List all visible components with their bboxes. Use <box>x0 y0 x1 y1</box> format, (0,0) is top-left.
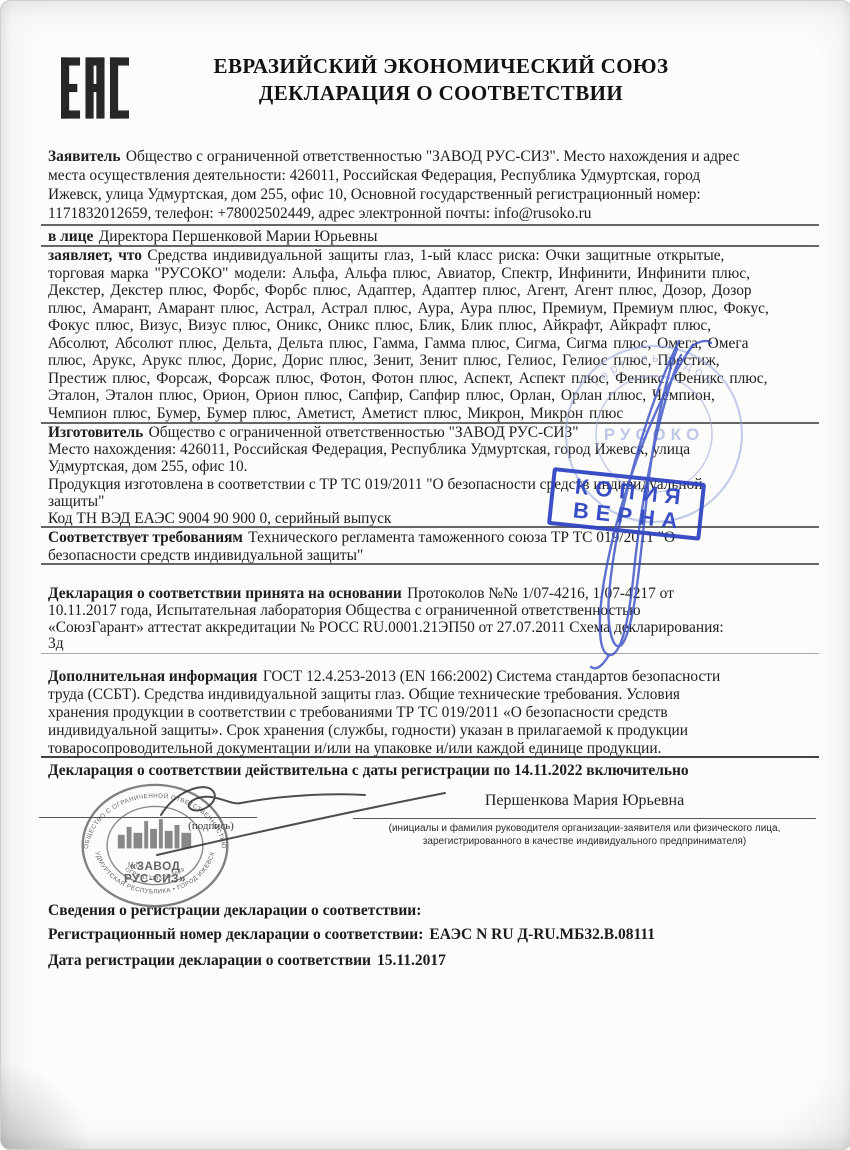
compliance-label: Соответствует требованиям <box>48 529 243 546</box>
representative-text: Директора Першенковой Марии Юрьевны <box>99 228 378 245</box>
registration-number-line: Регистрационный номер декларации о соотв… <box>48 926 820 944</box>
title-line2: ДЕКЛАРАЦИЯ О СООТВЕТСТВИИ <box>141 80 741 107</box>
additional-info-label: Дополнительная информация <box>48 668 257 685</box>
ink-signature <box>113 771 458 863</box>
registration-date-value: 15.11.2017 <box>377 952 446 969</box>
signatory-caption-line2: зарегистрированного в качестве индивидуа… <box>423 836 746 847</box>
divider-1 <box>41 224 819 226</box>
registration-number-label: Регистрационный номер декларации о соотв… <box>48 926 423 943</box>
registration-date-label: Дата регистрации декларации о соответств… <box>48 952 371 969</box>
manufacturer-label: Изготовитель <box>48 424 143 441</box>
registration-date-line: Дата регистрации декларации о соответств… <box>48 952 820 970</box>
registration-number-value: ЕАЭС N RU Д-RU.МБ32.В.08111 <box>429 926 655 943</box>
document-title: ЕВРАЗИЙСКИЙ ЭКОНОМИЧЕСКИЙ СОЮЗ ДЕКЛАРАЦИ… <box>141 53 741 107</box>
basis-label: Декларация о соответствии принята на осн… <box>48 585 402 602</box>
declares-label: заявляет, что <box>48 247 142 264</box>
representative-line: в лицеДиректора Першенковой Марии Юрьевн… <box>48 227 820 246</box>
pen-signature <box>541 333 721 673</box>
eac-logo-icon <box>61 57 129 119</box>
divider-7 <box>41 756 819 758</box>
additional-info-paragraph: Дополнительная информацияГОСТ 12.4.253-2… <box>48 668 820 758</box>
stamp-center-line2: РУС-СИЗ» <box>124 873 186 886</box>
applicant-label: Заявитель <box>48 148 121 165</box>
applicant-paragraph: ЗаявительОбщество с ограниченной ответст… <box>48 147 820 223</box>
document-scan: ЕВРАЗИЙСКИЙ ЭКОНОМИЧЕСКИЙ СОЮЗ ДЕКЛАРАЦИ… <box>0 0 850 1150</box>
stamp-mp-label: М.П. <box>128 862 143 869</box>
title-line1: ЕВРАЗИЙСКИЙ ЭКОНОМИЧЕСКИЙ СОЮЗ <box>141 53 741 80</box>
representative-label: в лице <box>48 228 93 245</box>
applicant-text: Общество с ограниченной ответственностью… <box>48 148 740 222</box>
